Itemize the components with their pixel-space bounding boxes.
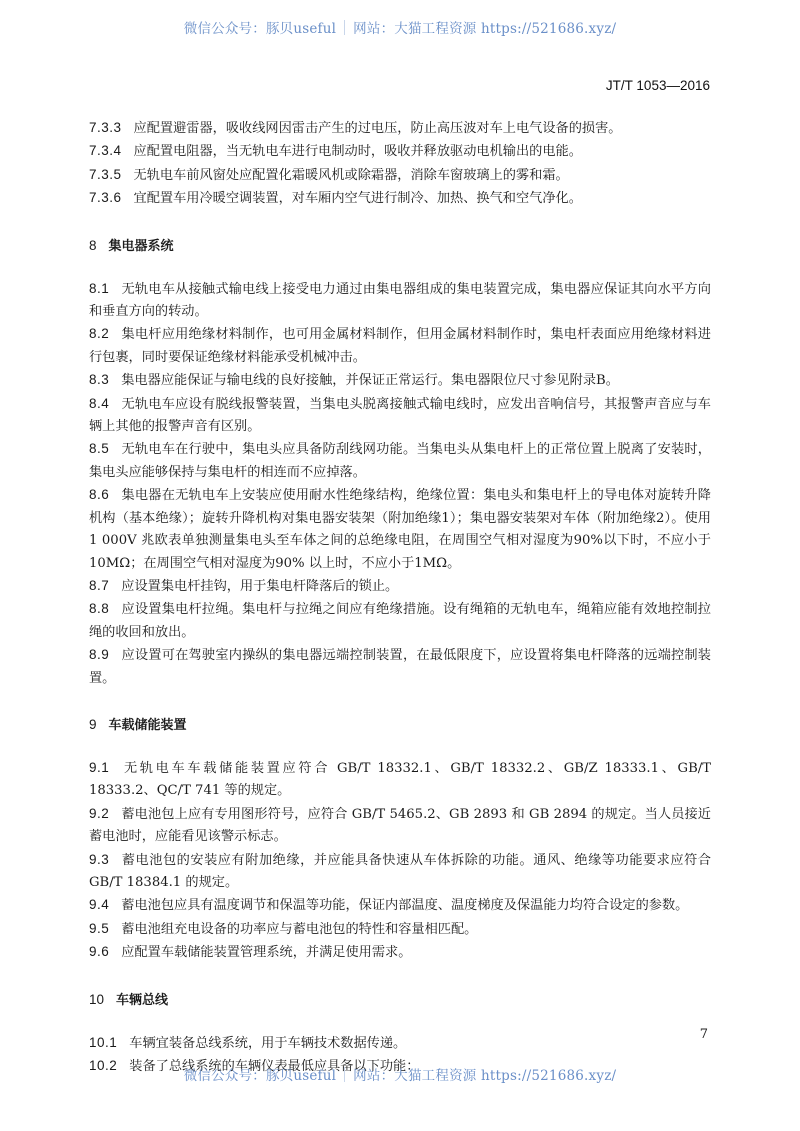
clause-8-5: 8.5无轨电车在行驶中，集电头应具备防刮线网功能。当集电头从集电杆上的正常位置上… bbox=[89, 438, 711, 484]
clause-8-7: 8.7应设置集电杆挂钩，用于集电杆降落后的锁止。 bbox=[89, 575, 711, 598]
watermark-website: 网站：大猫工程资源 https://521686.xyz/ bbox=[353, 21, 616, 37]
section-heading-10: 10车辆总线 bbox=[89, 989, 711, 1011]
document-body: 7.3.3应配置避雷器，吸收线网因雷击产生的过电压，防止高压波对车上电气设备的损… bbox=[89, 117, 711, 1078]
clause-8-6: 8.6集电器在无轨电车上安装应使用耐水性绝缘结构，绝缘位置：集电头和集电杆上的导… bbox=[89, 484, 711, 575]
clause-7-3-3: 7.3.3应配置避雷器，吸收线网因雷击产生的过电压，防止高压波对车上电气设备的损… bbox=[89, 117, 711, 140]
clause-9-6: 9.6应配置车载储能装置管理系统，并满足使用需求。 bbox=[89, 941, 711, 964]
watermark-top: 微信公众号：豚贝useful网站：大猫工程资源 https://521686.x… bbox=[0, 17, 800, 37]
section-heading-8: 8集电器系统 bbox=[89, 235, 711, 257]
page-number: 7 bbox=[700, 1027, 708, 1042]
standard-code: JT/T 1053—2016 bbox=[606, 78, 710, 93]
clause-7-3-5: 7.3.5无轨电车前风窗处应配置化霜暖风机或除霜器，消除车窗玻璃上的雾和霜。 bbox=[89, 164, 711, 187]
clause-10-1: 10.1车辆宜装备总线系统，用于车辆技术数据传递。 bbox=[89, 1032, 711, 1055]
section-heading-9: 9车载储能装置 bbox=[89, 714, 711, 736]
watermark-bottom: 微信公众号：豚贝useful网站：大猫工程资源 https://521686.x… bbox=[0, 1064, 800, 1084]
clause-8-4: 8.4无轨电车应设有脱线报警装置，当集电头脱离接触式输电线时，应发出音响信号，其… bbox=[89, 393, 711, 439]
clause-9-1: 9.1无轨电车车载储能装置应符合 GB/T 18332.1、GB/T 18332… bbox=[89, 757, 711, 803]
clause-9-3: 9.3蓄电池包的安装应有附加绝缘，并应能具备快速从车体拆除的功能。通风、绝缘等功… bbox=[89, 849, 711, 895]
watermark-divider bbox=[344, 1067, 345, 1082]
clause-8-1: 8.1无轨电车从接触式输电线上接受电力通过由集电器组成的集电装置完成，集电器应保… bbox=[89, 278, 711, 324]
clause-8-9: 8.9应设置可在驾驶室内操纵的集电器远端控制装置，在最低限度下，应设置将集电杆降… bbox=[89, 644, 711, 690]
clause-7-3-4: 7.3.4应配置电阻器，当无轨电车进行电制动时，吸收并释放驱动电机输出的电能。 bbox=[89, 140, 711, 163]
clause-9-5: 9.5蓄电池组充电设备的功率应与蓄电池包的特性和容量相匹配。 bbox=[89, 918, 711, 941]
clause-8-8: 8.8应设置集电杆拉绳。集电杆与拉绳之间应有绝缘措施。设有绳箱的无轨电车，绳箱应… bbox=[89, 598, 711, 644]
watermark-website: 网站：大猫工程资源 https://521686.xyz/ bbox=[353, 1068, 616, 1084]
clause-8-2: 8.2集电杆应用绝缘材料制作，也可用金属材料制作，但用金属材料制作时，集电杆表面… bbox=[89, 323, 711, 369]
clause-9-2: 9.2蓄电池包上应有专用图形符号，应符合 GB/T 5465.2、GB 2893… bbox=[89, 803, 711, 849]
watermark-wechat: 微信公众号：豚贝useful bbox=[184, 21, 336, 37]
clause-7-3-6: 7.3.6宜配置车用冷暖空调装置，对车厢内空气进行制冷、加热、换气和空气净化。 bbox=[89, 187, 711, 210]
watermark-divider bbox=[344, 20, 345, 35]
watermark-wechat: 微信公众号：豚贝useful bbox=[184, 1068, 336, 1084]
clause-8-3: 8.3集电器应能保证与输电线的良好接触，并保证正常运行。集电器限位尺寸参见附录B… bbox=[89, 369, 711, 392]
clause-9-4: 9.4蓄电池包应具有温度调节和保温等功能，保证内部温度、温度梯度及保温能力均符合… bbox=[89, 894, 711, 917]
